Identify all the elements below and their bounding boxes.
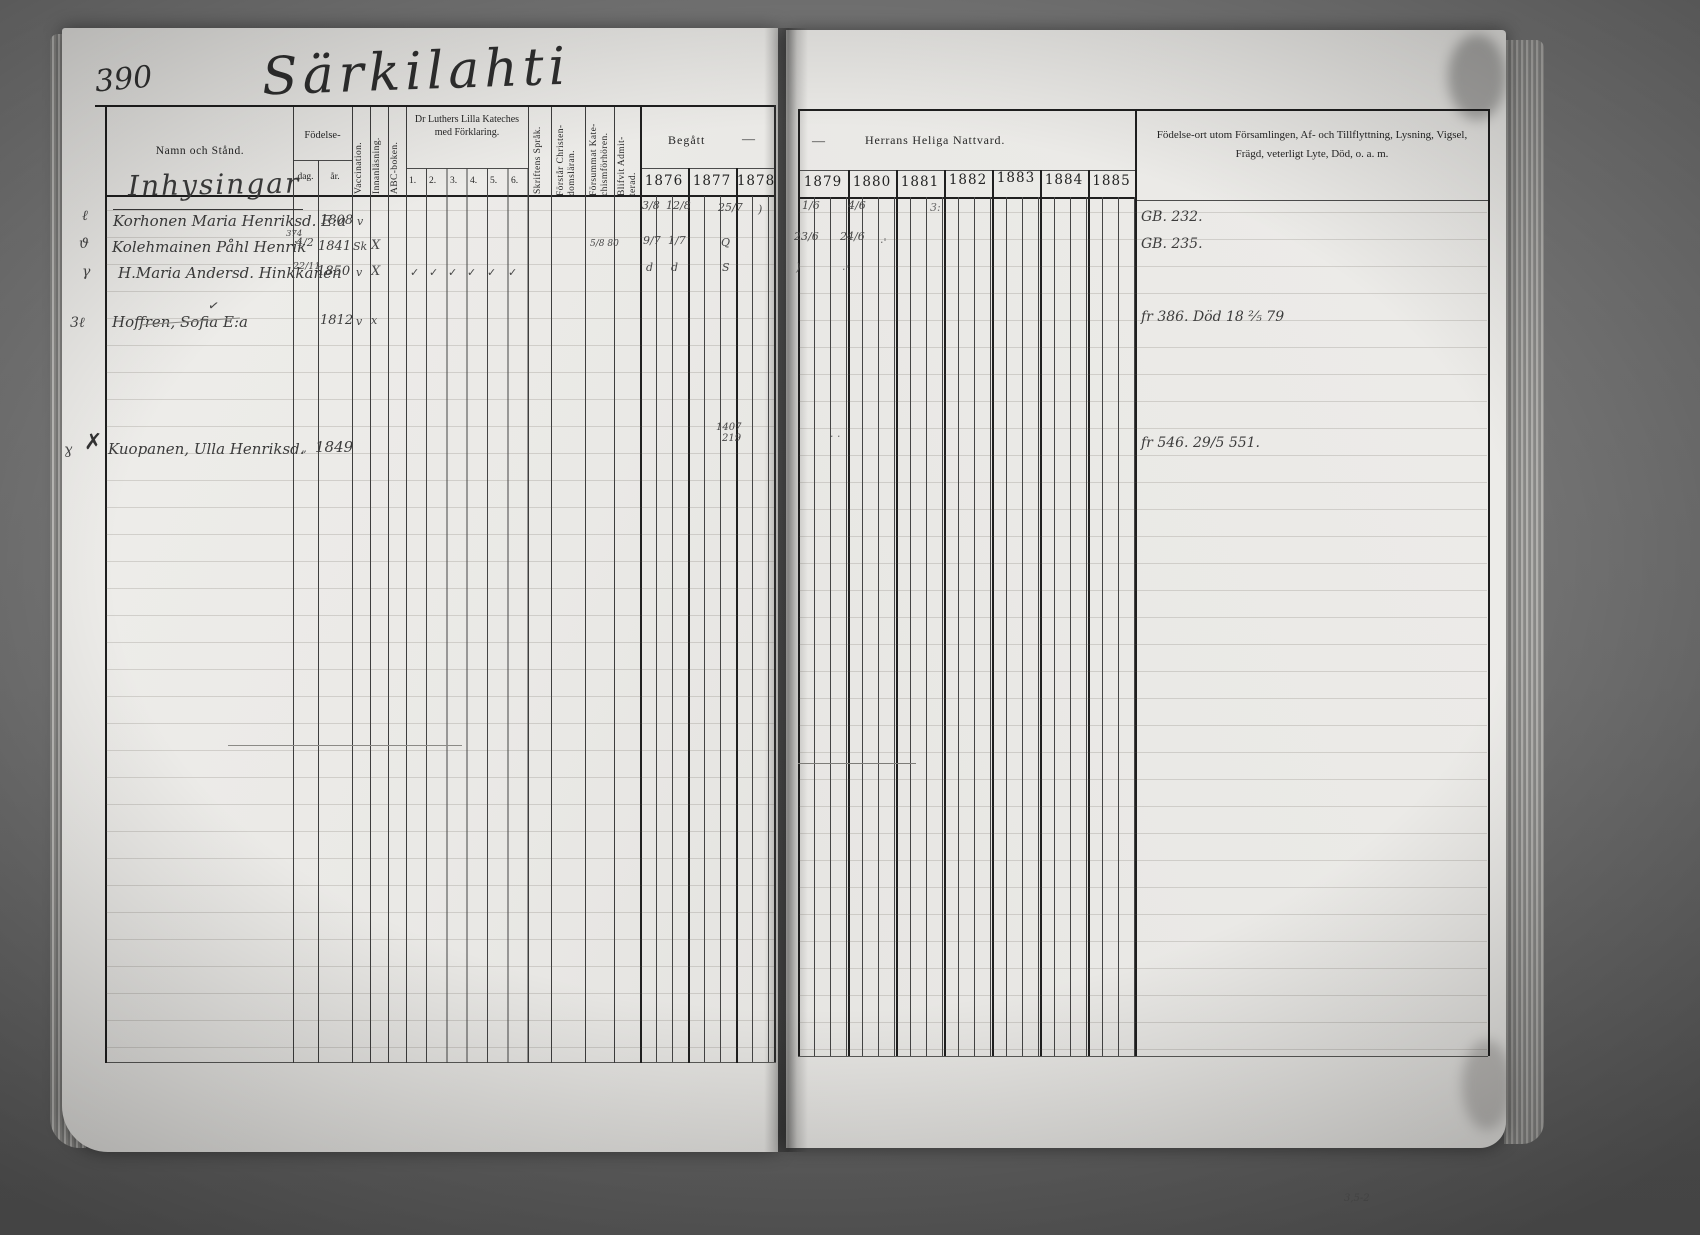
photo-of-church-record-book: 390 Särkilahti Namn och Stånd. Födelse- … — [0, 0, 1700, 1235]
notes-header-bottom — [1135, 200, 1488, 201]
communion-mark: 25/7 — [718, 201, 743, 214]
col-header-name: Namn och Stånd. — [115, 145, 285, 157]
reading-mark: X — [371, 264, 380, 279]
row-name: Korhonen Maria Henriksd. E:a — [113, 212, 346, 230]
pencil-line — [798, 763, 916, 764]
col-header-birth-year: år. — [318, 172, 352, 182]
row-note: fr 546. 29/5 551. — [1141, 435, 1260, 451]
communion-mark: ) — [796, 261, 800, 274]
catechism-col-6: 6. — [511, 176, 525, 186]
table-top-border-left — [95, 105, 776, 107]
table-bottom-right — [798, 1056, 1488, 1057]
cross-out-mark: ✗ — [84, 430, 102, 455]
communion-label-left: Begått — [668, 133, 705, 148]
birth-year-value: 1850 — [317, 264, 350, 279]
ruled-lines-left — [106, 210, 774, 1062]
year-1884: 1884 — [1040, 172, 1088, 188]
row-name: Kuopanen, Ulla Henriksd. — [108, 440, 305, 458]
col-header-script-language: Skriftens Språk. — [533, 112, 544, 194]
vaccination-mark: v — [356, 315, 362, 328]
birth-year-value: 1841 — [318, 239, 351, 254]
table-top-border-right — [798, 109, 1488, 111]
margin-mark: ɣ — [64, 442, 72, 458]
communion-mark: 1/6 — [802, 199, 820, 212]
year-1880: 1880 — [848, 174, 896, 190]
communion-label-right: Herrans Heliga Nattvard. — [865, 133, 1005, 148]
communion-mark: 1/7 — [668, 234, 686, 247]
col-header-reading: Innanläsning. — [372, 112, 383, 194]
pencil-line — [228, 745, 462, 746]
communion-mark: 23/6 — [794, 230, 819, 243]
table-right-border — [1488, 109, 1490, 1056]
col-header-birth: Födelse- — [293, 130, 352, 141]
year-1882: 1882 — [944, 172, 992, 188]
communion-mark: 1407 — [716, 422, 741, 433]
catechism-check: ✓ — [448, 266, 457, 279]
left-page-edge-line — [774, 105, 776, 1062]
row-name: Kolehmainen Påhl Henrik — [112, 238, 306, 256]
page-smudge — [1448, 34, 1506, 120]
margin-mark: 3ℓ — [70, 315, 85, 332]
page-number: 390 — [94, 60, 154, 100]
right-page-edges — [1504, 40, 1544, 1144]
col-header-understands-doctrine: Förstår Christen- domsläran. — [556, 112, 582, 196]
communion-mark: ·' — [842, 263, 849, 276]
catechism-col-4: 4. — [470, 176, 484, 186]
communion-mark: S — [722, 261, 730, 274]
year-1877: 1877 — [688, 173, 736, 189]
communion-mark: 24/6 — [840, 230, 865, 243]
row-note: GB. 232. — [1141, 209, 1203, 225]
birth-split-line — [293, 160, 352, 161]
catechism-col-5: 5. — [490, 176, 504, 186]
margin-mark: ϑ — [79, 236, 89, 252]
col-header-abc-book: ABC-boken. — [390, 112, 401, 194]
year-1883: 1883 — [992, 170, 1040, 186]
ruled-lines-right — [799, 212, 1487, 1056]
col-header-catechism: Dr Luthers Lilla Kateches med Förklaring… — [408, 113, 526, 139]
communion-dash-right: — — [812, 133, 825, 149]
birth-year-value: 1812 — [320, 313, 353, 328]
missed-catechism-mark: 5/8 80 — [590, 239, 619, 249]
years-band-line-left — [640, 168, 776, 169]
communion-mark: 3/8 — [642, 199, 660, 212]
vaccination-mark: v — [357, 215, 363, 228]
col-header-missed-catechism: Försummat Kate- chismförhören. — [589, 112, 613, 196]
row-note: fr 386. Död 18 ⅖ 79 — [1141, 309, 1284, 325]
year-1876: 1876 — [640, 173, 688, 189]
catechism-check: ✓ — [508, 266, 517, 279]
margin-mark: ℓ — [82, 208, 88, 225]
birth-year-value: 1808 — [320, 213, 353, 228]
communion-mark: d — [671, 261, 678, 274]
year-1878: 1878 — [736, 173, 776, 189]
reading-mark: x — [371, 314, 377, 327]
section-title: Inhysingar — [128, 166, 301, 202]
catechism-col-3: 3. — [450, 176, 464, 186]
communion-mark: ) — [758, 203, 762, 216]
col-header-admitted: Blifvit Admit- terad. — [617, 112, 638, 196]
catechism-check: ✓ — [487, 266, 496, 279]
communion-mark: Q — [721, 236, 730, 249]
birth-year-value: 1849 — [315, 438, 353, 456]
margin-mark: γ — [82, 264, 90, 280]
section-title-underline — [113, 209, 303, 210]
catechism-check: ✓ — [429, 266, 438, 279]
catechism-col-2: 2. — [429, 176, 443, 186]
communion-mark: 4/6 — [848, 199, 866, 212]
communion-dash-left: — — [742, 131, 755, 147]
reading-mark: X — [371, 238, 380, 253]
birth-day-value: 4/2 — [296, 236, 314, 249]
row-note: GB. 235. — [1141, 236, 1203, 252]
notes-header-line2: Frägd, veterligt Lyte, Död, o. a. m. — [1140, 147, 1484, 162]
catechism-check: ✓ — [467, 266, 476, 279]
catechism-check: ✓ — [410, 266, 419, 279]
year-1879: 1879 — [798, 174, 848, 190]
communion-mark: 3: — [930, 201, 941, 214]
year-1885: 1885 — [1088, 173, 1135, 189]
backdrop-scribble: 3,5-2 — [1344, 1193, 1370, 1204]
communion-mark: · · — [830, 430, 841, 443]
page-title: Särkilahti — [261, 37, 571, 108]
communion-mark: ·' — [880, 236, 887, 249]
year-1881: 1881 — [896, 174, 944, 190]
vaccination-mark: Sk — [353, 240, 367, 253]
birth-day-value: „ — [301, 442, 307, 455]
communion-mark: 12/8 — [666, 199, 691, 212]
catechism-col-1: 1. — [409, 176, 423, 186]
communion-mark: 219 — [722, 433, 741, 444]
vaccination-mark: v — [356, 266, 362, 279]
notes-header-line1: Födelse-ort utom Församlingen, Af- och T… — [1140, 128, 1484, 143]
col-header-vaccination: Vaccination. — [354, 112, 365, 194]
communion-mark: 9/7 — [643, 234, 661, 247]
communion-mark: d — [646, 261, 653, 274]
